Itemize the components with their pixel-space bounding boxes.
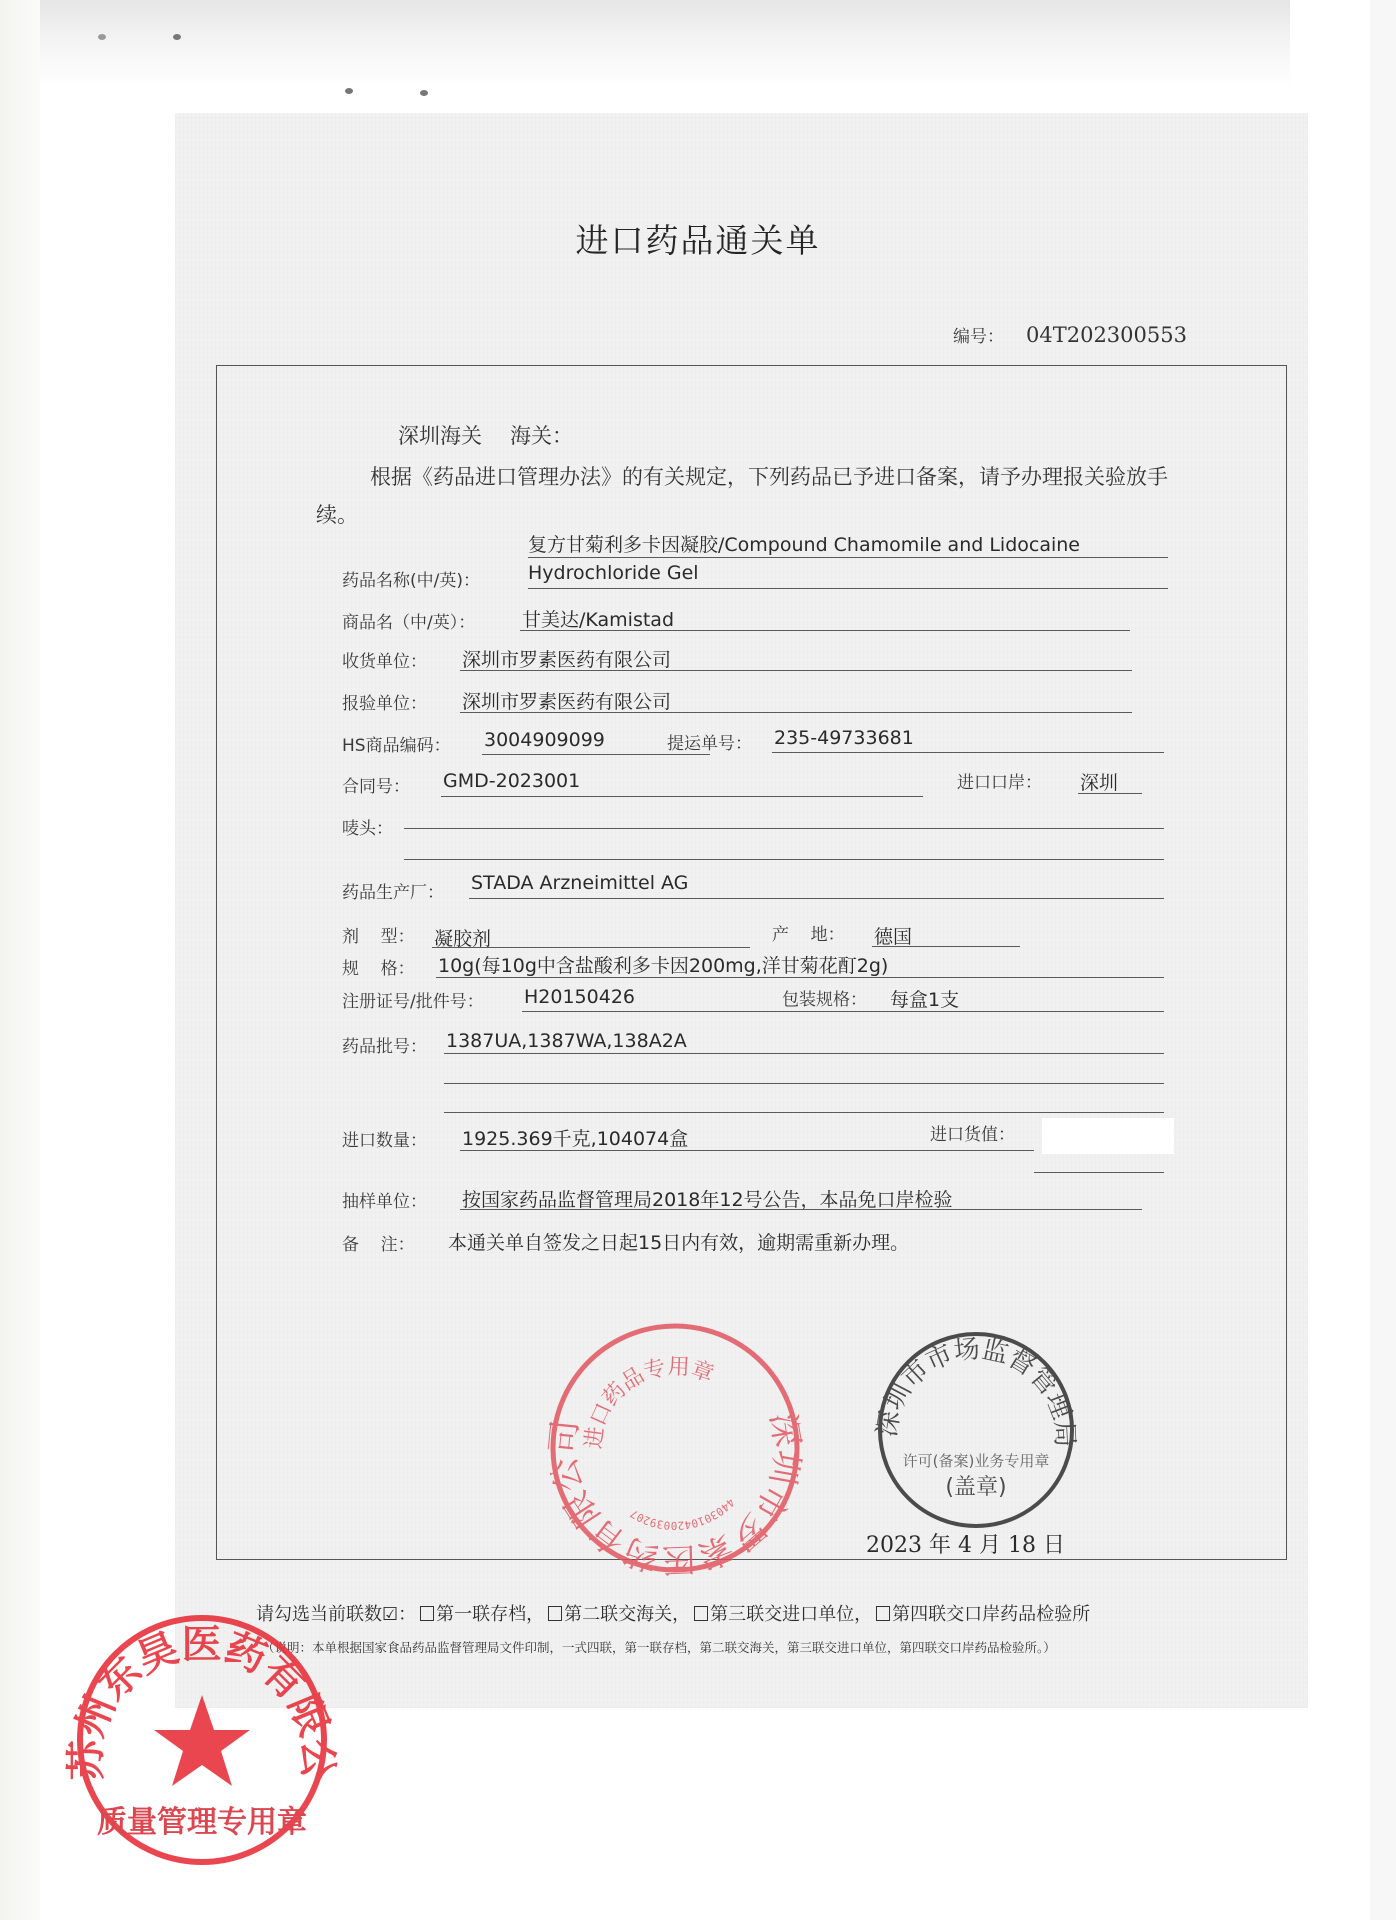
- declarant-value: 深圳市罗素医药有限公司: [462, 687, 671, 714]
- drug-name-line2: Hydrochloride Gel: [528, 562, 699, 584]
- sampling-unit-label: 抽样单位：: [342, 1187, 427, 1212]
- underline: [520, 630, 1130, 631]
- serial-number: 编号：04T202300553: [953, 322, 1187, 347]
- batch-no-label: 药品批号：: [342, 1032, 427, 1057]
- svg-text:深圳市市场监督管理局: 深圳市市场监督管理局: [872, 1334, 1079, 1447]
- contract-no-value: GMD-2023001: [443, 770, 580, 792]
- checkbox-copy-2[interactable]: [548, 1606, 562, 1621]
- import-value-redacted: [1042, 1118, 1174, 1154]
- svg-text:(盖章): (盖章): [945, 1475, 1006, 1500]
- dosage-form-label: 剂 型：: [342, 922, 415, 947]
- authority-seal: 深圳市市场监督管理局 许可(备案)业务专用章 (盖章): [866, 1326, 1086, 1536]
- copy-option-1: 第一联存档，: [436, 1604, 544, 1625]
- issue-date: 2023 年 4 月 18 日: [866, 1528, 1065, 1559]
- consignee-value: 深圳市罗素医药有限公司: [462, 645, 671, 672]
- underline: [469, 898, 1164, 899]
- page-edge: [1370, 0, 1396, 1920]
- port-of-entry-value: 深圳: [1080, 768, 1118, 795]
- remarks-label: 备 注：: [342, 1230, 415, 1255]
- specification-label: 规 格：: [342, 954, 415, 979]
- underline: [528, 557, 1168, 558]
- consignee-seal: 深圳市罗素医药有限公司 进口药品专用章 4403010420039207: [545, 1318, 805, 1578]
- hs-code-value: 3004909099: [484, 729, 605, 751]
- underline: [460, 1209, 1142, 1210]
- registration-no-value: H20150426: [524, 986, 635, 1008]
- marks-label: 唛头：: [342, 814, 393, 839]
- underline: [432, 947, 750, 948]
- sampling-unit-value: 按国家药品监督管理局2018年12号公告，本品免口岸检验: [462, 1185, 953, 1212]
- qa-seal: 苏州东昊医药有限公司 质量管理专用章: [62, 1590, 342, 1880]
- bill-of-lading-value: 235-49733681: [774, 727, 914, 749]
- trade-name-label: 商品名（中/英）：: [342, 608, 475, 633]
- batch-line: [444, 1112, 1164, 1113]
- bill-of-lading-label: 提运单号：: [667, 729, 752, 754]
- manufacturer-label: 药品生产厂：: [342, 878, 444, 903]
- packaging-label: 包装规格：: [782, 985, 867, 1010]
- scan-speck: [173, 34, 181, 40]
- page-edge: [0, 0, 40, 1920]
- underline: [441, 796, 923, 797]
- scan-speck: [98, 34, 106, 40]
- registration-no-label: 注册证号/批件号：: [342, 987, 484, 1012]
- customs-suffix: 海关：: [510, 424, 573, 448]
- underline: [1034, 1172, 1164, 1173]
- hs-code-label: HS商品编码：: [342, 731, 451, 756]
- underline: [872, 946, 1020, 947]
- svg-text:质量管理专用章: 质量管理专用章: [97, 1805, 307, 1840]
- checkbox-copy-1[interactable]: [420, 1606, 434, 1621]
- quantity-value: 1925.369千克,104074盒: [462, 1124, 688, 1151]
- origin-value: 德国: [874, 922, 912, 949]
- quantity-label: 进口数量：: [342, 1126, 427, 1151]
- footnote: （说明：本单根据国家食品药品监督管理局文件印制，一式四联，第一联存档，第二联交海…: [262, 1638, 1056, 1656]
- copy-option-3: 第三联交进口单位，: [710, 1604, 872, 1625]
- svg-text:许可(备案)业务专用章: 许可(备案)业务专用章: [903, 1452, 1050, 1470]
- intro-paragraph: 根据《药品进口管理办法》的有关规定，下列药品已予进口备案，请予办理报关验放手续。: [316, 458, 1196, 534]
- origin-label: 产 地：: [772, 920, 845, 945]
- copy-option-4: 第四联交口岸药品检验所: [892, 1604, 1090, 1625]
- underline: [1078, 793, 1142, 794]
- marks-line: [404, 859, 1164, 860]
- customs-office: 深圳海关: [398, 424, 482, 448]
- import-value-label: 进口货值：: [930, 1120, 1015, 1145]
- checkbox-copy-3[interactable]: [694, 1606, 708, 1621]
- specification-value: 10g(每10g中含盐酸利多卡因200mg,洋甘菊花酊2g): [438, 951, 888, 978]
- underline: [436, 977, 1164, 978]
- underline: [460, 670, 1132, 671]
- underline: [772, 752, 1164, 753]
- copy-option-2: 第二联交海关，: [564, 1604, 690, 1625]
- underline: [528, 588, 1168, 589]
- underline: [444, 1053, 1164, 1054]
- remarks-value: 本通关单自签发之日起15日内有效，逾期需重新办理。: [448, 1228, 909, 1255]
- star-icon: [154, 1695, 250, 1786]
- contract-no-label: 合同号：: [342, 772, 410, 797]
- trade-name-value: 甘美达/Kamistad: [522, 605, 674, 632]
- underline: [522, 1011, 1164, 1012]
- marks-line: [404, 828, 1164, 829]
- consignee-label: 收货单位：: [342, 647, 427, 672]
- scan-speck: [345, 88, 353, 94]
- checkbox-copy-4[interactable]: [876, 1606, 890, 1621]
- port-of-entry-label: 进口口岸：: [957, 768, 1042, 793]
- declarant-label: 报验单位：: [342, 689, 427, 714]
- salutation: 深圳海关海关：: [398, 420, 573, 450]
- serial-label: 编号：: [953, 327, 1004, 347]
- drug-name-label: 药品名称(中/英)：: [342, 566, 480, 591]
- underline: [460, 712, 1132, 713]
- batch-no-value: 1387UA,1387WA,138A2A: [446, 1030, 687, 1052]
- copy-selection: 请勾选当前联数☑：第一联存档，第二联交海关，第三联交进口单位，第四联交口岸药品检…: [256, 1600, 1090, 1626]
- underline: [460, 1150, 1034, 1151]
- manufacturer-value: STADA Arzneimittel AG: [471, 872, 688, 894]
- serial-value: 04T202300553: [1026, 323, 1187, 347]
- packaging-value: 每盒1支: [890, 985, 959, 1012]
- document-title: 进口药品通关单: [0, 215, 1396, 262]
- drug-name-line1: 复方甘菊利多卡因凝胶/Compound Chamomile and Lidoca…: [528, 530, 1080, 557]
- batch-line: [444, 1083, 1164, 1084]
- scan-speck: [420, 90, 428, 96]
- underline: [482, 754, 710, 755]
- page-curl-shadow: [40, 0, 1290, 90]
- svg-text:进口药品专用章: 进口药品专用章: [559, 1328, 727, 1460]
